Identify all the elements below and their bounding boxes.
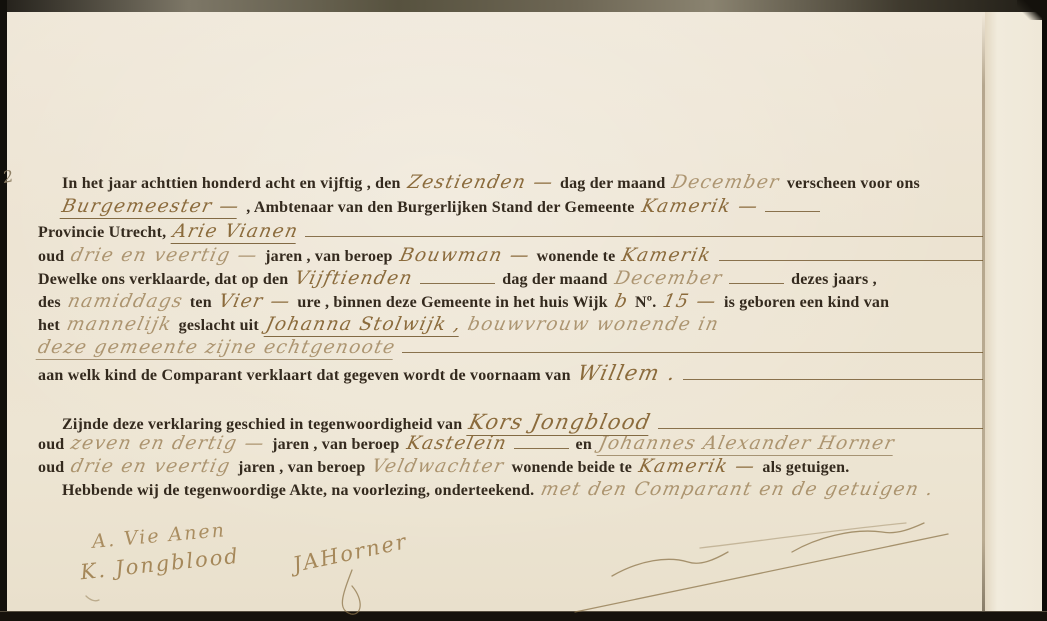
- entry-declarant-residence: Kamerik: [620, 245, 714, 266]
- form-line-province-declarant: Provincie Utrecht, Arie Vianen: [38, 221, 983, 245]
- printed-form-text: Nº.: [635, 294, 656, 312]
- scan-edge-left: [0, 0, 7, 621]
- entry-mother-occupation: bouwvrouw wonende in: [466, 314, 722, 335]
- entry-mother-residence: deze gemeente zijne echtgenoote: [36, 337, 398, 360]
- blank-rule: [305, 222, 983, 237]
- printed-form-text: Zijnde deze verklaring geschied in tegen…: [62, 416, 462, 434]
- form-line-year-day: In het jaar achttien honderd acht en vij…: [38, 172, 983, 196]
- entry-mother-name: Johanna Stolwijk ,: [263, 314, 463, 337]
- scan-edge-right: [1042, 0, 1047, 621]
- form-line-child-name: aan welk kind de Comparant verklaart dat…: [38, 361, 983, 385]
- entry-witness2-name: Johannes Alexander Horner: [597, 433, 897, 456]
- entry-witness2-age: drie en veertig: [69, 456, 233, 477]
- blank-rule: [514, 434, 569, 449]
- blank-rule: [729, 269, 784, 284]
- printed-form-text: , Ambtenaar van den Burgerlijken Stand d…: [246, 199, 634, 217]
- scan-corner-shadow: [1017, 0, 1047, 20]
- printed-form-text: jaren , van beroep: [272, 436, 399, 454]
- printed-form-text: dag der maand: [502, 271, 607, 289]
- printed-form-text: dag der maand: [560, 175, 665, 193]
- printed-form-text: oud: [38, 459, 64, 477]
- entry-birth-month: December: [612, 268, 724, 289]
- entry-witness1-occupation: Kastelein: [404, 433, 508, 454]
- entry-child-gender: mannelijk: [65, 314, 174, 335]
- blank-rule: [658, 414, 983, 429]
- entry-house-number: 15 —: [661, 291, 719, 312]
- form-line-declarant-details: oud drie en veertig — jaren , van beroep…: [38, 245, 983, 269]
- entry-day-of-act: Zestienden —: [405, 172, 555, 193]
- form-line-birth-time-place: des namiddags ten Vier — ure , binnen de…: [38, 291, 983, 315]
- entry-declarant-occupation: Bouwman —: [397, 245, 531, 266]
- entry-declarant-age: drie en veertig —: [69, 245, 260, 266]
- printed-form-text: jaren , van beroep: [238, 459, 365, 477]
- entry-witness1-age: zeven en dertig —: [69, 433, 267, 454]
- printed-form-text: Dewelke ons verklaarde, dat op den: [38, 271, 288, 289]
- printed-form-text: wonende beide te: [512, 459, 633, 477]
- form-line-witness1-details: oud zeven en dertig — jaren , van beroep…: [38, 433, 983, 457]
- scan-edge-top: [0, 0, 1047, 12]
- printed-form-text: en: [576, 436, 592, 454]
- entry-birth-day: Vijftienden: [293, 268, 415, 289]
- entry-wijk-letter: b: [613, 291, 631, 312]
- printed-form-text: wonende te: [537, 248, 616, 266]
- blank-rule: [719, 246, 983, 261]
- blank-rule: [683, 365, 983, 380]
- printed-form-text: oud: [38, 436, 64, 454]
- entry-time-of-day: namiddags: [66, 291, 186, 312]
- form-line-birth-date: Dewelke ons verklaarde, dat op den Vijft…: [38, 268, 983, 292]
- entry-month-of-act: December: [670, 172, 782, 193]
- form-line-witness1: Zijnde deze verklaring geschied in tegen…: [38, 410, 983, 434]
- printed-form-text: is geboren een kind van: [724, 294, 889, 312]
- printed-form-text: het: [38, 317, 60, 335]
- scanned-birth-record: 2 In het jaar achttien honderd acht en v…: [0, 0, 1047, 621]
- printed-form-text: als getuigen.: [762, 459, 849, 477]
- entry-declarant-name: Arie Vianen: [171, 221, 301, 244]
- printed-form-text: ure , binnen deze Gemeente in het huis W…: [297, 294, 607, 312]
- printed-form-text: Hebbende wij de tegenwoordige Akte, na v…: [62, 482, 534, 500]
- blank-rule: [765, 197, 820, 212]
- adjacent-page-edge: [985, 12, 1042, 612]
- entry-municipality: Kamerik —: [639, 196, 760, 217]
- printed-form-text: des: [38, 294, 61, 312]
- entry-official-title: Burgemeester —: [60, 196, 242, 219]
- printed-form-text: In het jaar achttien honderd acht en vij…: [62, 175, 401, 193]
- entry-signing-note: met den Comparant en de getuigen .: [539, 479, 936, 500]
- printed-form-text: dezes jaars ,: [791, 271, 877, 289]
- form-line-witness2-details: oud drie en veertig jaren , van beroep V…: [38, 456, 983, 480]
- printed-form-text: verscheen voor ons: [787, 175, 920, 193]
- scan-edge-bottom: [0, 611, 1047, 621]
- form-line-gender-mother: het mannelijk geslacht uit Johanna Stolw…: [38, 314, 983, 338]
- entry-child-name: Willem .: [575, 361, 678, 385]
- printed-form-text: oud: [38, 248, 64, 266]
- blank-rule: [402, 338, 983, 353]
- form-line-official: Burgemeester — , Ambtenaar van den Burge…: [38, 196, 983, 220]
- blank-rule: [420, 269, 495, 284]
- entry-hour: Vier —: [217, 291, 293, 312]
- printed-form-text: aan welk kind de Comparant verklaart dat…: [38, 367, 571, 385]
- printed-form-text: jaren , van beroep: [265, 248, 392, 266]
- printed-form-text: Provincie Utrecht,: [38, 224, 166, 242]
- form-line-closing: Hebbende wij de tegenwoordige Akte, na v…: [38, 479, 983, 503]
- printed-form-text: geslacht uit: [179, 317, 259, 335]
- entry-witness2-occupation: Veldwachter: [370, 456, 507, 477]
- entry-witnesses-residence: Kamerik —: [637, 456, 758, 477]
- form-line-mother-residence: deze gemeente zijne echtgenoote: [38, 337, 983, 361]
- printed-form-text: ten: [190, 294, 212, 312]
